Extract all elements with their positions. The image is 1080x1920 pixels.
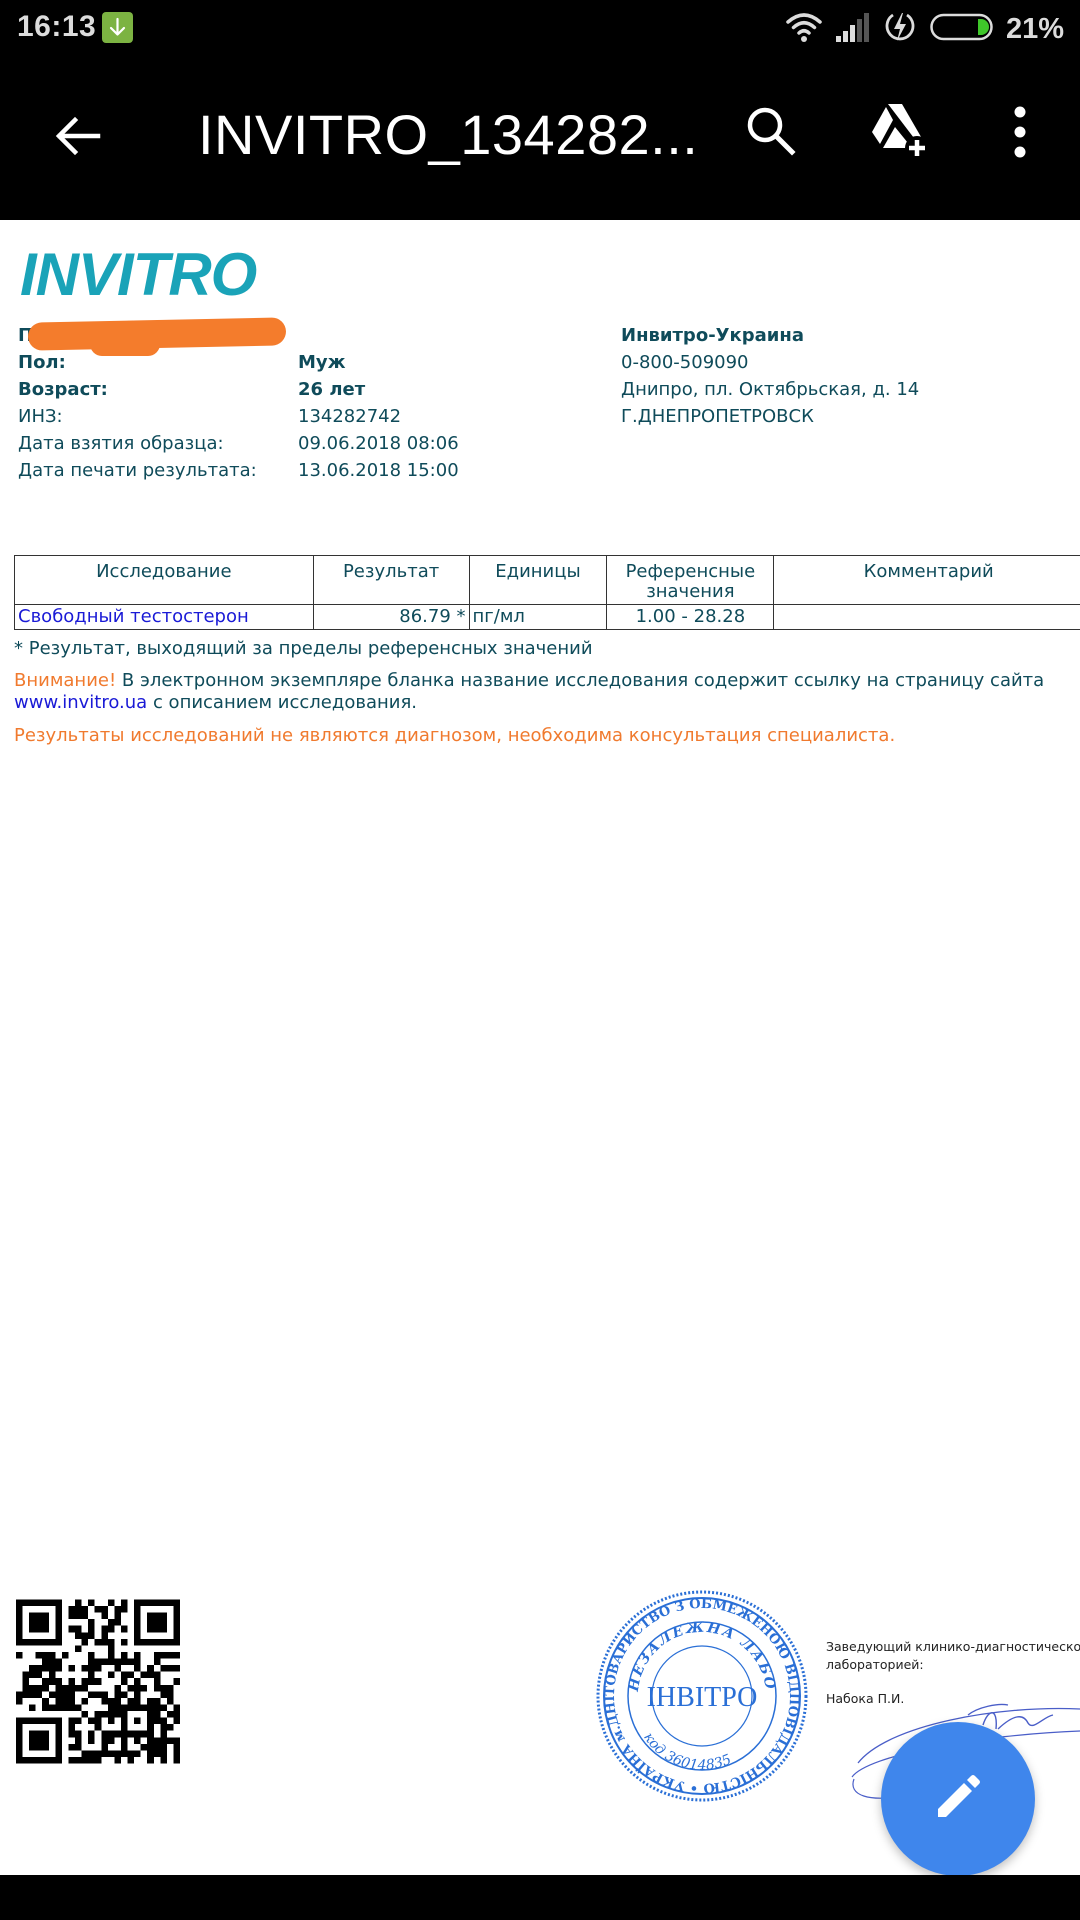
edit-fab-button[interactable] — [881, 1722, 1035, 1876]
reference-header-line1: Референсные — [626, 561, 756, 582]
test-units: пг/мл — [469, 605, 607, 630]
disclaimer: Результаты исследований не являются диаг… — [14, 725, 895, 747]
lab-city: Г.ДНЕПРОПЕТРОВСК — [621, 406, 814, 427]
inz-value: 134282742 — [298, 406, 401, 427]
table-row: Свободный тестостерон 86.79 * пг/мл 1.00… — [15, 605, 1080, 630]
drive-add-icon[interactable] — [868, 100, 932, 164]
lab-stamp: ТОВАРИСТВО З ОБМЕЖЕНОЮ ВІДПОВІДАЛЬНІСТЮ … — [594, 1588, 810, 1804]
sample-date-label: Дата взятия образца: — [18, 433, 224, 454]
lab-phone: 0-800-509090 — [621, 352, 749, 373]
sex-value: Муж — [298, 352, 346, 373]
pdf-page[interactable]: INVITRO П ВИЧ Пол: Муж Возраст: 26 лет И… — [0, 220, 1080, 1875]
qr-code — [16, 1598, 180, 1765]
signature-title: Заведующий клинико-диагностической лабор… — [826, 1638, 1080, 1674]
edit-pencil-icon — [928, 1767, 988, 1831]
footnote: * Результат, выходящий за пределы рефере… — [14, 638, 593, 660]
app-bar: INVITRO_134282... — [0, 60, 1080, 220]
bottom-bar — [0, 1875, 1080, 1920]
name-redaction — [90, 332, 160, 356]
svg-text:ІНВІТРО: ІНВІТРО — [647, 1682, 758, 1713]
invitro-website-link[interactable]: www.invitro.ua — [14, 692, 147, 713]
back-arrow-icon[interactable] — [48, 106, 108, 166]
column-header-test: Исследование — [15, 556, 314, 605]
lab-name: Инвитро-Украина — [621, 325, 804, 346]
column-header-units: Единицы — [469, 556, 607, 605]
attention-note-line2: www.invitro.ua с описанием исследования. — [14, 692, 417, 714]
attention-tail: с описанием исследования. — [147, 692, 417, 713]
status-bar: 16:13 — [0, 0, 1080, 60]
lab-address: Днипро, пл. Октябрьская, д. 14 — [621, 379, 919, 400]
table-header-row: Исследование Результат Единицы Референсн… — [15, 556, 1080, 605]
column-header-reference: Референсные значения — [607, 556, 774, 605]
more-vert-icon[interactable] — [1000, 100, 1040, 164]
download-notification-icon — [102, 12, 133, 43]
reference-header-line2: значения — [646, 581, 734, 602]
document-title: INVITRO_134282... — [198, 102, 698, 167]
print-date-label: Дата печати результата: — [18, 460, 257, 481]
invitro-logo: INVITRO — [20, 240, 256, 309]
test-result: 86.79 * — [313, 605, 469, 630]
results-table: Исследование Результат Единицы Референсн… — [14, 555, 1080, 630]
attention-note: Внимание! В электронном экземпляре бланк… — [14, 670, 1044, 692]
charging-icon — [884, 10, 916, 48]
wifi-icon — [784, 10, 824, 48]
inz-label: ИНЗ: — [18, 406, 63, 427]
battery-percent: 21% — [1006, 13, 1064, 46]
test-name-link[interactable]: Свободный тестостерон — [15, 605, 314, 630]
sample-date-value: 09.06.2018 08:06 — [298, 433, 459, 454]
age-label: Возраст: — [18, 379, 108, 400]
test-reference: 1.00 - 28.28 — [607, 605, 774, 630]
attention-text: В электронном экземпляре бланка название… — [116, 670, 1044, 691]
age-value: 26 лет — [298, 379, 365, 400]
column-header-result: Результат — [313, 556, 469, 605]
status-time: 16:13 — [17, 10, 96, 44]
column-header-comment: Комментарий — [774, 556, 1080, 605]
attention-label: Внимание! — [14, 670, 116, 691]
print-date-value: 13.06.2018 15:00 — [298, 460, 459, 481]
test-comment — [774, 605, 1080, 630]
search-icon[interactable] — [740, 100, 804, 164]
cellular-signal-icon — [834, 10, 870, 48]
sex-label: Пол: — [18, 352, 66, 373]
status-icons: 21% — [784, 12, 1064, 46]
battery-icon — [930, 12, 996, 46]
